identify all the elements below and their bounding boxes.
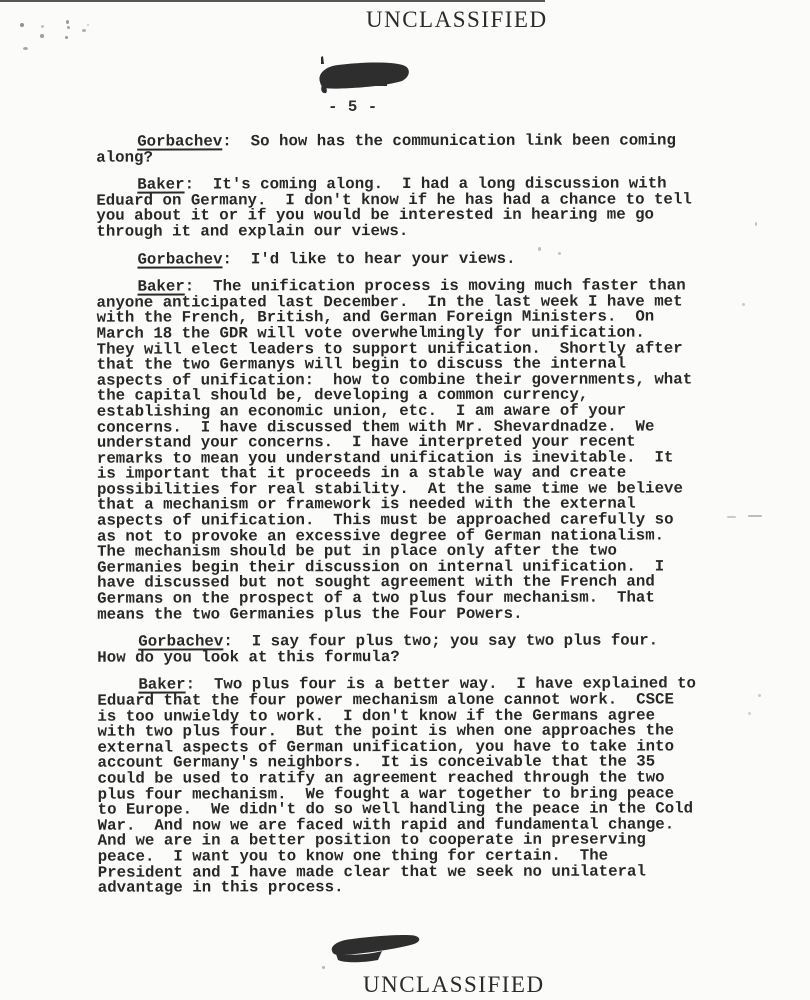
scan-speck: [23, 47, 28, 50]
paragraph-text: : Two plus four is a better way. I have …: [97, 675, 696, 897]
speaker-name: Gorbachev: [137, 250, 222, 268]
scan-speck: [40, 34, 44, 38]
transcript-paragraph: Baker: Two plus four is a better way. I …: [97, 677, 757, 897]
redaction-mark-bottom: [322, 928, 427, 970]
transcript-paragraph: Baker: The unification process is moving…: [96, 278, 757, 622]
scan-speck: [66, 20, 69, 24]
page-number: - 5 -: [328, 99, 378, 115]
scan-speck: [82, 29, 86, 32]
scan-speck: [67, 26, 70, 29]
redaction-mark-top: [312, 50, 422, 100]
transcript-paragraph: Gorbachev: So how has the communication …: [96, 133, 756, 166]
transcript-paragraph: Gorbachev: I say four plus two; you say …: [97, 634, 757, 667]
transcript-paragraph: Baker: It's coming along. I had a long d…: [96, 176, 756, 240]
scan-speck: [87, 24, 89, 26]
transcript: Gorbachev: So how has the communication …: [96, 133, 758, 908]
scan-edge-artifact: [0, 0, 545, 2]
scanned-memo-page: { "document": { "classification_header":…: [0, 0, 810, 1000]
classification-footer: UNCLASSIFIED: [363, 972, 545, 998]
scan-speck: [65, 36, 68, 39]
paragraph-text: : The unification process is moving much…: [97, 277, 693, 624]
paragraph-text: : It's coming along. I had a long discus…: [96, 175, 691, 241]
classification-header: UNCLASSIFIED: [366, 7, 548, 33]
scan-speck: [20, 23, 24, 27]
memo-page: UNCLASSIFIED - 5 - Gorbachev: So how has…: [0, 0, 810, 1000]
scan-speck: [41, 25, 44, 28]
scan-speck: [758, 694, 761, 697]
transcript-paragraph: Gorbachev: I'd like to hear your views.: [96, 251, 756, 268]
paragraph-text: : I'd like to hear your views.: [223, 249, 516, 268]
